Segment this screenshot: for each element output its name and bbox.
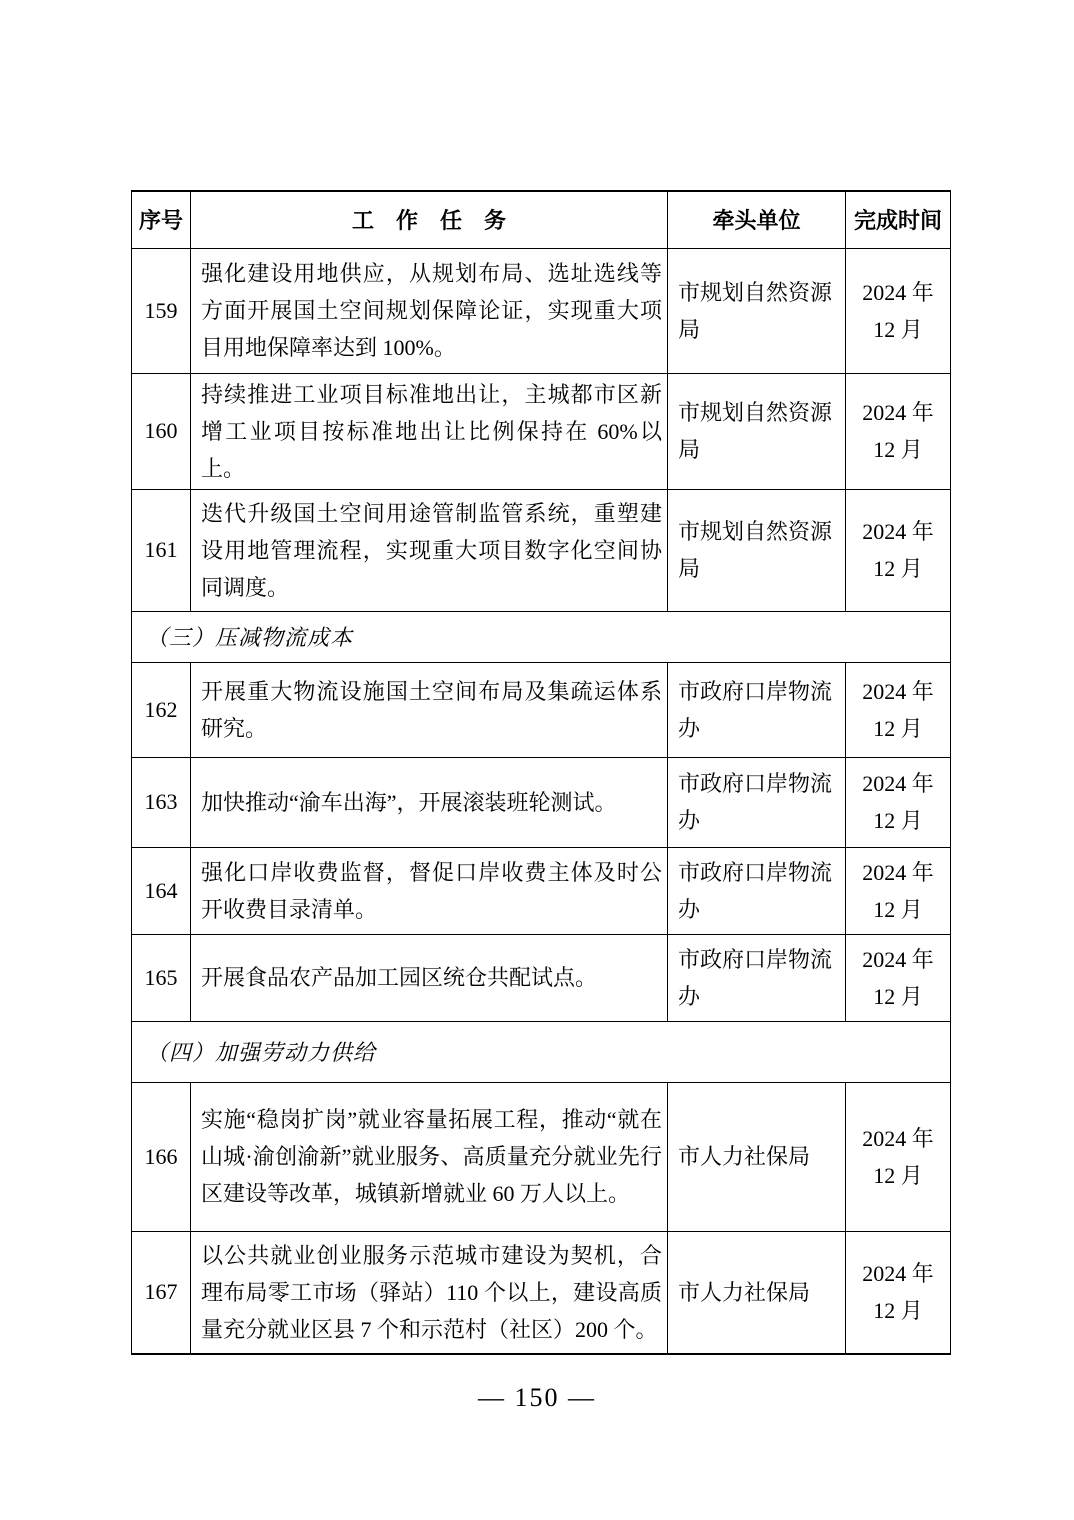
table-row-167: 167 以公共就业创业服务示范城市建设为契机，合理布局零工市场（驿站）110 个… [132,1231,951,1354]
row-number-cell: 167 [132,1231,191,1354]
task-cell: 以公共就业创业服务示范城市建设为契机，合理布局零工市场（驿站）110 个以上，建… [191,1231,668,1354]
deadline-year: 2024 年 [846,274,950,311]
section-header-row: （三）压减物流成本 [132,611,951,662]
deadline-cell: 2024 年 12 月 [846,1231,951,1354]
deadline-year: 2024 年 [846,854,950,891]
deadline-cell: 2024 年 12 月 [846,1082,951,1231]
deadline-cell: 2024 年 12 月 [846,847,951,934]
table-row-163: 163 加快推动“渝车出海”，开展滚装班轮测试。 市政府口岸物流办 2024 年… [132,757,951,847]
table-row-159: 159 强化建设用地供应，从规划布局、选址选线等方面开展国土空间规划保障论证，实… [132,248,951,373]
section-header-row: （四）加强劳动力供给 [132,1021,951,1082]
lead-unit-cell: 市政府口岸物流办 [668,847,846,934]
task-cell: 持续推进工业项目标准地出让，主城都市区新增工业项目按标准地出让比例保持在 60%… [191,373,668,489]
task-cell: 强化口岸收费监督，督促口岸收费主体及时公开收费目录清单。 [191,847,668,934]
deadline-cell: 2024 年 12 月 [846,662,951,757]
deadline-month: 12 月 [846,891,950,928]
task-cell: 实施“稳岗扩岗”就业容量拓展工程，推动“就在山城·渝创渝新”就业服务、高质量充分… [191,1082,668,1231]
deadline-cell: 2024 年 12 月 [846,489,951,611]
row-number-cell: 160 [132,373,191,489]
task-cell: 加快推动“渝车出海”，开展滚装班轮测试。 [191,757,668,847]
deadline-cell: 2024 年 12 月 [846,757,951,847]
lead-unit-cell: 市规划自然资源局 [668,248,846,373]
task-cell: 开展重大物流设施国土空间布局及集疏运体系研究。 [191,662,668,757]
lead-unit-cell: 市人力社保局 [668,1231,846,1354]
deadline-month: 12 月 [846,550,950,587]
section-header-cell: （四）加强劳动力供给 [132,1021,951,1082]
deadline-year: 2024 年 [846,765,950,802]
deadline-month: 12 月 [846,710,950,747]
row-number-cell: 161 [132,489,191,611]
header-lead-unit: 牵头单位 [668,191,846,248]
deadline-month: 12 月 [846,802,950,839]
table-row-161: 161 迭代升级国土空间用途管制监管系统，重塑建设用地管理流程，实现重大项目数字… [132,489,951,611]
row-number-cell: 163 [132,757,191,847]
deadline-cell: 2024 年 12 月 [846,934,951,1021]
deadline-year: 2024 年 [846,513,950,550]
page-number: — 150 — [0,1383,1074,1413]
row-number-cell: 162 [132,662,191,757]
deadline-month: 12 月 [846,431,950,468]
lead-unit-cell: 市政府口岸物流办 [668,934,846,1021]
deadline-year: 2024 年 [846,394,950,431]
deadline-month: 12 月 [846,311,950,348]
table-row-162: 162 开展重大物流设施国土空间布局及集疏运体系研究。 市政府口岸物流办 202… [132,662,951,757]
deadline-month: 12 月 [846,1157,950,1194]
deadline-year: 2024 年 [846,673,950,710]
table-header-row: 序号 工 作 任 务 牵头单位 完成时间 [132,191,951,248]
table-row-166: 166 实施“稳岗扩岗”就业容量拓展工程，推动“就在山城·渝创渝新”就业服务、高… [132,1082,951,1231]
work-task-table: 序号 工 作 任 务 牵头单位 完成时间 159 强化建设用地供应，从规划布局、… [131,190,951,1355]
deadline-month: 12 月 [846,978,950,1015]
lead-unit-cell: 市规划自然资源局 [668,373,846,489]
table-row-165: 165 开展食品农产品加工园区统仓共配试点。 市政府口岸物流办 2024 年 1… [132,934,951,1021]
row-number-cell: 164 [132,847,191,934]
deadline-cell: 2024 年 12 月 [846,373,951,489]
table-row-160: 160 持续推进工业项目标准地出让，主城都市区新增工业项目按标准地出让比例保持在… [132,373,951,489]
deadline-year: 2024 年 [846,941,950,978]
header-work-task: 工 作 任 务 [191,191,668,248]
row-number-cell: 166 [132,1082,191,1231]
deadline-cell: 2024 年 12 月 [846,248,951,373]
deadline-month: 12 月 [846,1292,950,1329]
section-header-cell: （三）压减物流成本 [132,611,951,662]
lead-unit-cell: 市规划自然资源局 [668,489,846,611]
lead-unit-cell: 市人力社保局 [668,1082,846,1231]
table-row-164: 164 强化口岸收费监督，督促口岸收费主体及时公开收费目录清单。 市政府口岸物流… [132,847,951,934]
header-completion-time: 完成时间 [846,191,951,248]
lead-unit-cell: 市政府口岸物流办 [668,662,846,757]
task-cell: 开展食品农产品加工园区统仓共配试点。 [191,934,668,1021]
task-cell: 强化建设用地供应，从规划布局、选址选线等方面开展国土空间规划保障论证，实现重大项… [191,248,668,373]
row-number-cell: 159 [132,248,191,373]
task-cell: 迭代升级国土空间用途管制监管系统，重塑建设用地管理流程，实现重大项目数字化空间协… [191,489,668,611]
header-serial-number: 序号 [132,191,191,248]
deadline-year: 2024 年 [846,1255,950,1292]
row-number-cell: 165 [132,934,191,1021]
lead-unit-cell: 市政府口岸物流办 [668,757,846,847]
deadline-year: 2024 年 [846,1120,950,1157]
